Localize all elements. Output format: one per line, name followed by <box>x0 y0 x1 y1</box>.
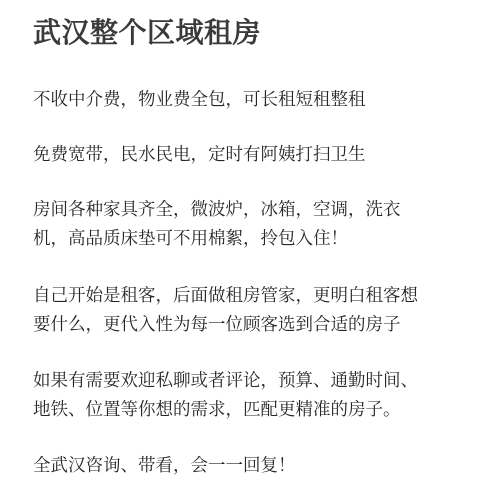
paragraph-line: 房间各种家具齐全，微波炉，冰箱，空调，洗衣 <box>33 196 401 225</box>
paragraph-line: 要什么，更代入性为每一位顾客选到合适的房子 <box>33 311 418 340</box>
paragraph-line: 机，高品质床垫可不用棉絮，拎包入住！ <box>33 225 401 254</box>
paragraph-line: 全武汉咨询、带看，会一一回复！ <box>33 452 296 481</box>
page-title: 武汉整个区域租房 <box>33 15 261 51</box>
paragraph-line: 地铁、位置等你想的需求，匹配更精准的房子。 <box>33 396 418 425</box>
paragraph-furniture: 房间各种家具齐全，微波炉，冰箱，空调，洗衣 机，高品质床垫可不用棉絮，拎包入住！ <box>33 196 401 254</box>
paragraph-line: 自己开始是租客，后面做租房管家，更明白租客想 <box>33 282 418 311</box>
paragraph-amenities: 免费宽带，民水民电，定时有阿姨打扫卫生 <box>33 141 366 170</box>
paragraph-reply: 全武汉咨询、带看，会一一回复！ <box>33 452 296 481</box>
paragraph-contact: 如果有需要欢迎私聊或者评论，预算、通勤时间、 地铁、位置等你想的需求，匹配更精准… <box>33 367 418 425</box>
paragraph-line: 免费宽带，民水民电，定时有阿姨打扫卫生 <box>33 141 366 170</box>
paragraph-line: 如果有需要欢迎私聊或者评论，预算、通勤时间、 <box>33 367 418 396</box>
paragraph-fees: 不收中介费，物业费全包，可长租短租整租 <box>33 86 366 115</box>
paragraph-line: 不收中介费，物业费全包，可长租短租整租 <box>33 86 366 115</box>
paragraph-about: 自己开始是租客，后面做租房管家，更明白租客想 要什么，更代入性为每一位顾客选到合… <box>33 282 418 340</box>
